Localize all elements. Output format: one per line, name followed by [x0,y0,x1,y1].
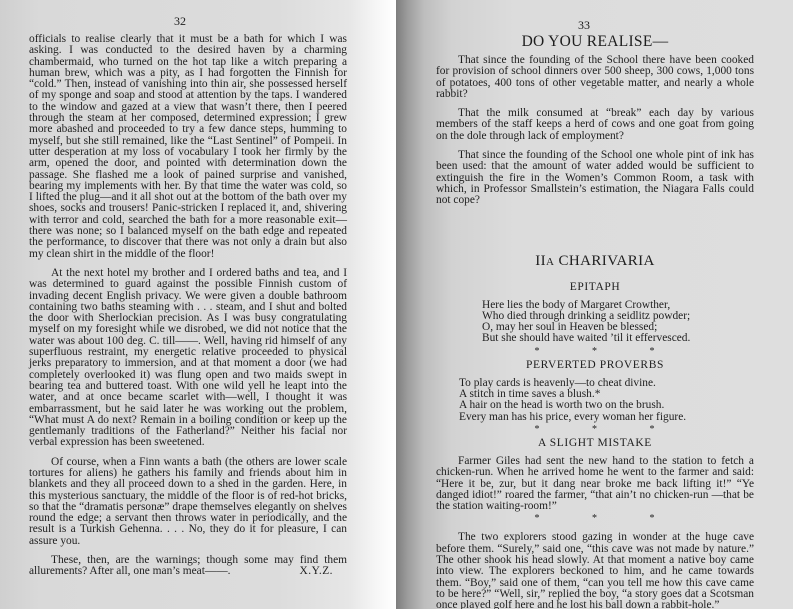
paragraph: officials to realise clearly that it mus… [29,34,347,260]
left-page: 32 officials to realise clearly that it … [0,0,396,609]
mistake-heading: A SLIGHT MISTAKE [436,437,754,450]
left-text-column: officials to realise clearly that it mus… [29,34,347,578]
proverb-line: A hair on the head is worth two on the b… [459,400,754,411]
page-title: DO YOU REALISE— [436,33,754,50]
section-title: IIA CHARIVARIA [436,253,754,271]
closing-paragraph: These, then, are the warnings; though so… [29,555,347,578]
page-number: 33 [564,18,604,33]
anecdote-paragraph: Farmer Giles had sent the new hand to th… [436,456,754,512]
page-number: 32 [160,14,200,29]
paragraph: At the next hotel my brother and I order… [29,268,347,449]
separator-stars: * * * [460,424,754,436]
author-signature: X.Y.Z. [278,566,333,577]
separator-stars: * * * [460,513,754,525]
proverbs-list: To play cards is heavenly—to cheat divin… [436,378,754,423]
proverb-line: Every man has his price, every woman her… [459,412,754,423]
paragraph: That since the founding of the School th… [436,55,754,100]
paragraph: That the milk consumed at “break” each d… [436,108,754,142]
anecdote-paragraph: The two explorers stood gazing in wonder… [436,532,754,609]
verse-line: But she should have waited ’til it effer… [482,333,754,344]
paragraph: Of course, when a Finn wants a bath (the… [29,457,347,547]
separator-stars: * * * [460,346,754,358]
epitaph-heading: EPITAPH [436,281,754,294]
epitaph-verse: Here lies the body of Margaret Crowther,… [436,300,754,345]
proverbs-heading: PERVERTED PROVERBS [436,359,754,372]
right-page: 33 DO YOU REALISE— That since the foundi… [396,0,793,609]
paragraph: That since the founding of the School on… [436,150,754,206]
right-text-column: DO YOU REALISE— That since the founding … [436,33,754,609]
